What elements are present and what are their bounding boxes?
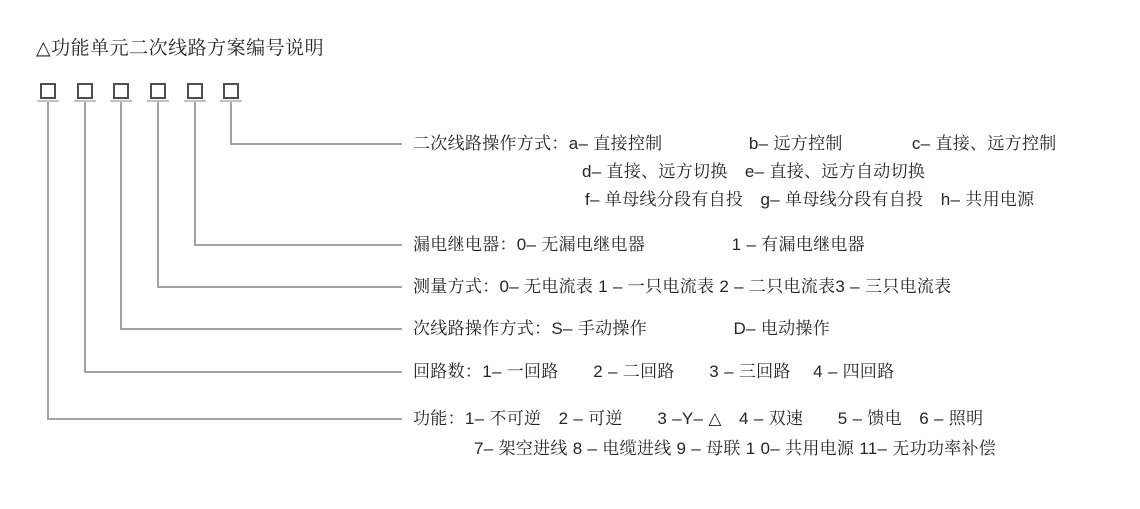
code-digit-box-2 — [77, 83, 93, 99]
connector-vline-digit-5 — [194, 102, 196, 245]
code-digit-box-6 — [223, 83, 239, 99]
connector-vline-digit-2 — [84, 102, 86, 372]
connector-hline-digit-2 — [84, 371, 402, 373]
connector-vline-digit-6 — [230, 102, 232, 144]
legend-line-circuit-operation: 次线路操作方式：S– 手动操作 D– 电动操作 — [413, 319, 830, 339]
diagram-page: △功能单元二次线路方案编号说明 二次线路操作方式：a– 直接控制 b– 远方控制… — [0, 0, 1140, 509]
legend-line-measurement: 测量方式：0– 无电流表 1 – 一只电流表 2 – 二只电流表3 – 三只电流… — [413, 277, 951, 297]
legend-line-operation-mode-1: 二次线路操作方式：a– 直接控制 b– 远方控制 c– 直接、远方控制 — [413, 134, 1057, 154]
legend-line-loop-count: 回路数：1– 一回路 2 – 二回路 3 – 三回路 4 – 四回路 — [413, 362, 895, 382]
connector-hline-digit-5 — [194, 244, 402, 246]
code-digit-box-1 — [40, 83, 56, 99]
legend-line-operation-mode-2: d– 直接、远方切换 e– 直接、远方自动切换 — [582, 162, 925, 182]
connector-hline-digit-1 — [47, 418, 402, 420]
connector-hline-digit-3 — [120, 328, 402, 330]
code-digit-box-5 — [187, 83, 203, 99]
legend-line-operation-mode-3: f– 单母线分段有自投 g– 单母线分段有自投 h– 共用电源 — [585, 190, 1034, 210]
page-title: △功能单元二次线路方案编号说明 — [36, 33, 324, 60]
connector-vline-digit-1 — [47, 102, 49, 419]
connector-hline-digit-4 — [157, 286, 402, 288]
connector-vline-digit-4 — [157, 102, 159, 287]
connector-hline-digit-6 — [230, 143, 402, 145]
legend-line-function-2: 7– 架空进线 8 – 电缆进线 9 – 母联 1 0– 共用电源 11– 无功… — [474, 439, 996, 459]
legend-line-function-1: 功能：1– 不可逆 2 – 可逆 3 –Y– △ 4 – 双速 5 – 馈电 6… — [413, 409, 983, 429]
code-digit-box-3 — [113, 83, 129, 99]
code-digit-box-4 — [150, 83, 166, 99]
connector-vline-digit-3 — [120, 102, 122, 329]
legend-line-leakage-relay: 漏电继电器：0– 无漏电继电器 1 – 有漏电继电器 — [413, 235, 865, 255]
